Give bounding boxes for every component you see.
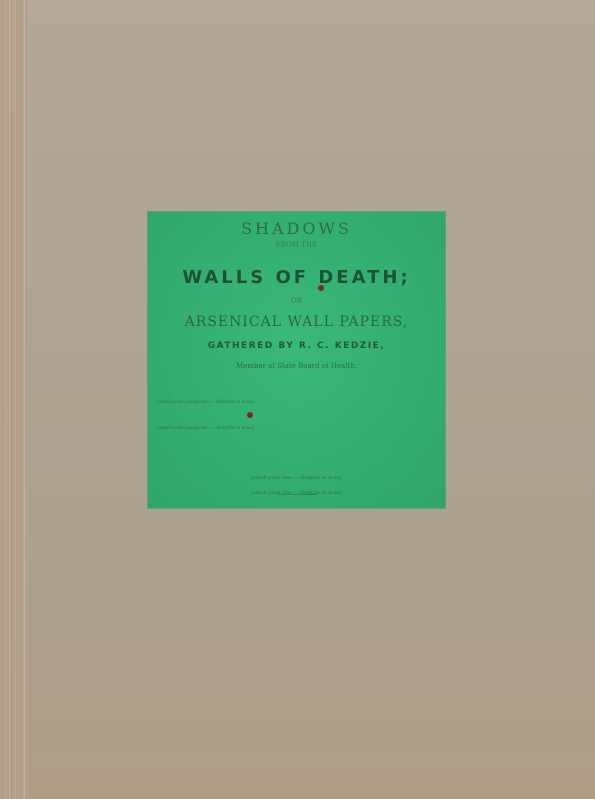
subtitle: ARSENICAL WALL PAPERS, — [147, 314, 446, 330]
body-paragraph-1: [small-print paragraph — illegible in sc… — [157, 399, 436, 406]
footer-line-2: [small-print line — illegible in scan] — [157, 490, 436, 496]
main-title: WALLS OF DEATH; — [147, 267, 446, 288]
body-paragraph-2: [small-print paragraph — illegible in sc… — [157, 425, 436, 432]
edge-line — [24, 0, 25, 799]
ink-speck — [247, 412, 253, 418]
ink-speck — [318, 285, 324, 291]
title-label: SHADOWS FROM THE WALLS OF DEATH; OR ARSE… — [147, 211, 446, 509]
edge-line — [9, 0, 10, 799]
author-role: Member of State Board of Health. — [147, 362, 446, 370]
footer-line-1: [small-print line — illegible in scan] — [147, 475, 446, 481]
author-line: GATHERED BY R. C. KEDZIE, — [147, 341, 446, 351]
title-line-or: OR — [147, 297, 446, 305]
title-line-from-the: FROM THE — [147, 241, 446, 249]
title-line-shadows: SHADOWS — [147, 219, 446, 238]
